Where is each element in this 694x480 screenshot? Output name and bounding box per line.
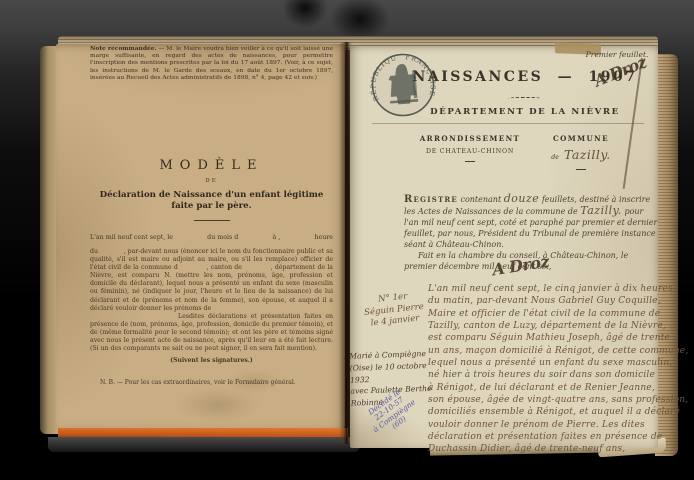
form-segment: heure bbox=[314, 234, 333, 241]
nb-note: N. B. — Pour les cas extraordinaires, vo… bbox=[90, 379, 333, 386]
registre-lead: Registre bbox=[404, 194, 458, 205]
right-page: Premier feuillet. A Droz RÉPUBLIQUE FRAN… bbox=[350, 46, 658, 448]
book-cover-shadow bbox=[48, 437, 360, 452]
registre-text: contenant bbox=[460, 195, 501, 204]
left-page: Note recommandée. — M. le Maire voudra b… bbox=[56, 44, 345, 428]
commune-label: COMMUNE bbox=[525, 134, 637, 143]
background-smudge bbox=[282, 0, 328, 28]
dash-rule bbox=[465, 161, 475, 162]
page-title: MODÈLE bbox=[90, 158, 333, 173]
margin-note-line: (Oise) le 10 octobre 1932 bbox=[349, 359, 448, 386]
department-heading: DÉPARTEMENT DE LA NIÈVRE bbox=[380, 107, 670, 117]
commune-block: COMMUNE de Tazilly. bbox=[525, 134, 637, 170]
form-segment: du mois d bbox=[207, 234, 238, 241]
title-rule bbox=[508, 97, 542, 101]
register-title: NAISSANCES — 1907 bbox=[390, 69, 660, 85]
act-line: né hier à trois heures du soir dans son … bbox=[428, 369, 664, 381]
act-line: un ans, maçon domicilié à Rénigot, de ce… bbox=[428, 345, 664, 357]
act-line: à Rénigot, de lui déclarant et de Renier… bbox=[428, 382, 664, 394]
act-line: Duchassin Didier, âgé de trente-neuf ans… bbox=[428, 443, 664, 455]
subtitle-line: faite par le père. bbox=[90, 201, 333, 212]
registre-paragraph: Registre contenant douze feuillets, dest… bbox=[404, 193, 658, 250]
signatures-note: (Suivent les signatures.) bbox=[90, 357, 333, 364]
note-lead: Note recommandée. bbox=[90, 45, 157, 52]
left-page-column: Note recommandée. — M. le Maire voudra b… bbox=[90, 45, 333, 386]
commune-line: de Tazilly. bbox=[525, 144, 637, 163]
act-line: Maire et officier de l'état civil de la … bbox=[428, 308, 664, 320]
margin-note-instruction: Note recommandée. — M. le Maire voudra b… bbox=[90, 45, 333, 82]
commune-de: de bbox=[551, 154, 559, 161]
model-act-paragraph-2: Lesdites déclarations et présentation fa… bbox=[90, 313, 333, 353]
commune-handwritten-value: Tazilly. bbox=[564, 147, 611, 162]
act-line: Tazilly, canton de Luzy, département de … bbox=[428, 320, 664, 332]
arrondissement-label: ARRONDISSEMENT bbox=[405, 134, 535, 143]
act-line: du matin, par-devant Nous Gabriel Guy Co… bbox=[428, 295, 664, 307]
page-title-de: DE bbox=[90, 178, 333, 184]
divider-rule bbox=[194, 220, 230, 221]
department-rule bbox=[372, 123, 644, 124]
registre-handwritten-count: douze bbox=[504, 192, 540, 205]
form-blanks-line: L'an mil neuf cent sept, le du mois d à … bbox=[90, 234, 333, 241]
birth-act-handwritten: L'an mil neuf cent sept, le cinq janvier… bbox=[428, 283, 664, 456]
premier-feuillet-label: Premier feuillet. bbox=[578, 50, 656, 59]
act-line: L'an mil neuf cent sept, le cinq janvier… bbox=[428, 283, 664, 295]
dash-rule bbox=[576, 169, 586, 170]
act-line: son épouse, âgée de vingt-quatre ans, sa… bbox=[428, 394, 664, 406]
act-line: est comparu Séguin Mathieu Joseph, âgé d… bbox=[428, 332, 664, 344]
register-book-photo: Note recommandée. — M. le Maire voudra b… bbox=[0, 0, 694, 480]
registre-handwritten-commune: Tazilly. bbox=[580, 204, 622, 217]
page-subtitle: Déclaration de Naissance d'un enfant lég… bbox=[90, 190, 333, 211]
act-line: lequel nous a présenté un enfant du sexe… bbox=[428, 357, 664, 369]
act-line: domiciliés ensemble à Rénigot, et auquel… bbox=[428, 406, 664, 418]
form-segment: L'an mil neuf cent sept, le bbox=[90, 234, 173, 241]
arrondissement-value: DE CHATEAU-CHINON bbox=[405, 148, 535, 155]
margin-note-act-number: N° 1er Séguin Pierre le 4 janvier bbox=[356, 289, 431, 331]
subtitle-line: Déclaration de Naissance d'un enfant lég… bbox=[90, 190, 333, 201]
arrondissement-block: ARRONDISSEMENT DE CHATEAU-CHINON bbox=[405, 134, 535, 162]
act-line: vouloir donner le prénom de Pierre. Les … bbox=[428, 419, 664, 431]
act-line: déclaration et présentation faites en pr… bbox=[428, 431, 664, 443]
form-segment: à , bbox=[272, 234, 280, 241]
model-act-paragraph: du , par-devant nous (énoncer ici le nom… bbox=[90, 248, 333, 313]
